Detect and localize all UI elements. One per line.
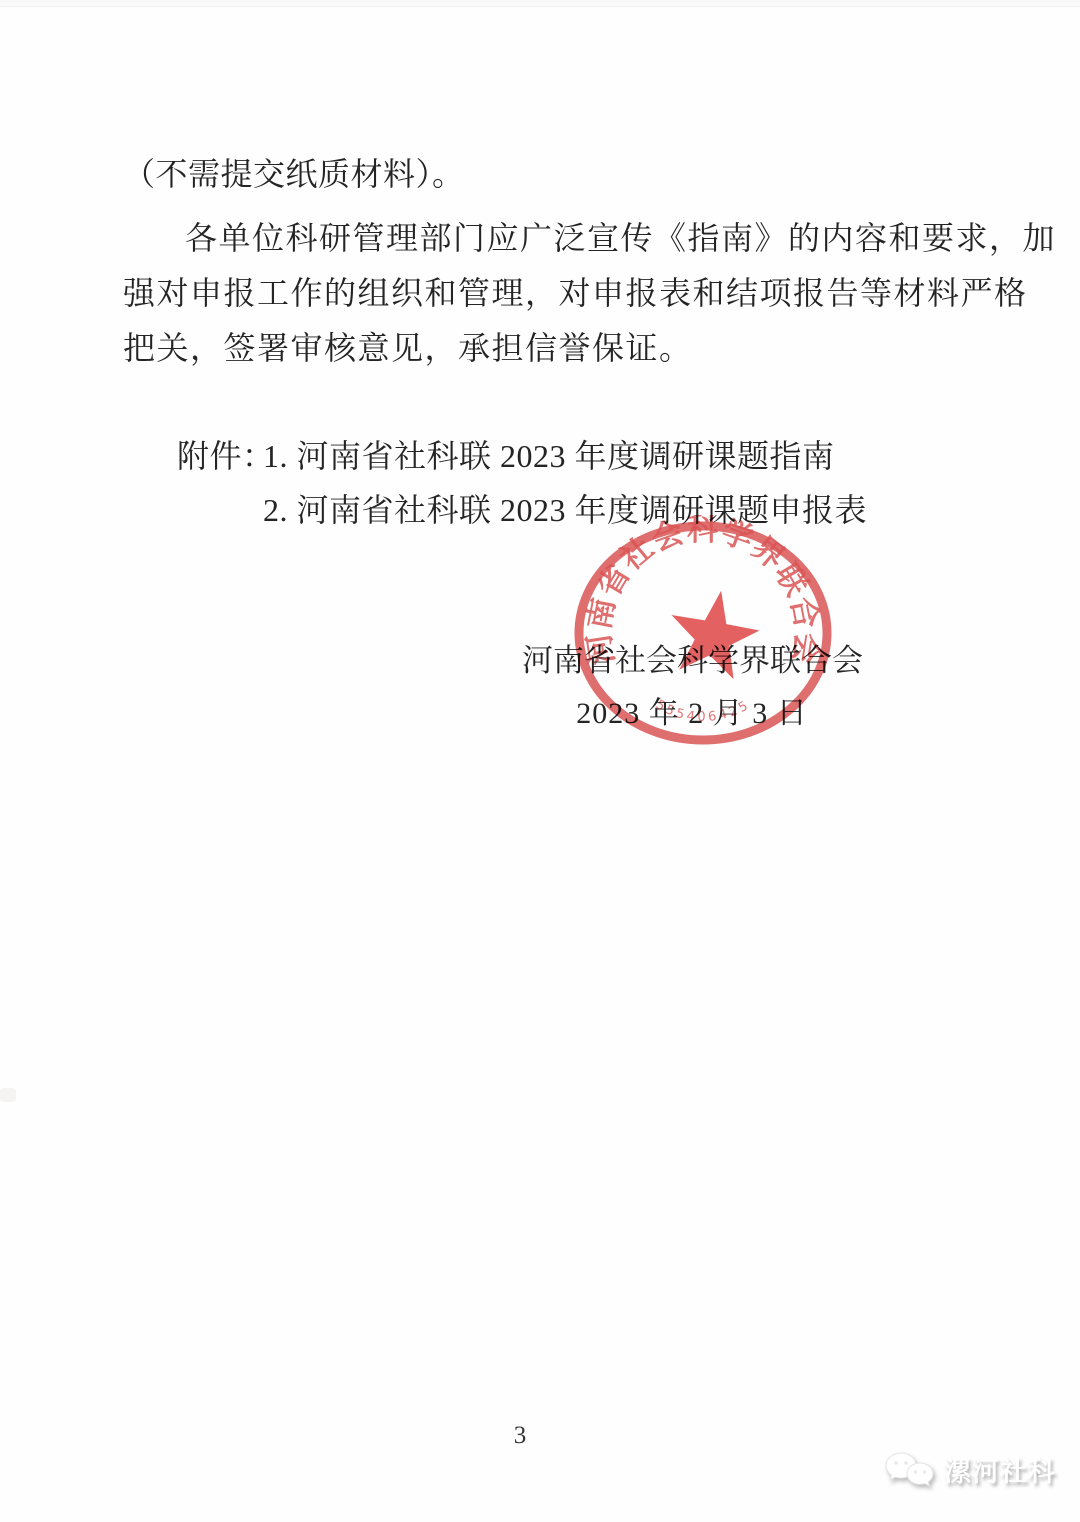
attachments-label: 附件： <box>177 431 275 477</box>
attachment-item: 1. 河南省社科联 2023 年度调研课题指南 <box>263 431 835 477</box>
document-page: （不需提交纸质材料）。 各单位科研管理部门应广泛宣传《指南》的内容和要求，加 强… <box>0 0 1080 1522</box>
scan-top-edge <box>0 0 1080 7</box>
official-seal: 河南省社会科学界联合会 555406425 <box>565 515 841 755</box>
paragraph-line: 各单位科研管理部门应广泛宣传《指南》的内容和要求，加 <box>185 213 1056 259</box>
paragraph-line: 强对申报工作的组织和管理，对申报表和结项报告等材料严格 <box>123 268 1028 314</box>
wechat-icon <box>884 1451 936 1489</box>
paragraph-line: 把关，签署审核意见，承担信誉保证。 <box>123 323 693 369</box>
scan-smudge <box>0 1088 16 1102</box>
paragraph-continuation-line: （不需提交纸质材料）。 <box>123 149 465 195</box>
watermark: 漯河社科 <box>884 1450 1056 1489</box>
seal-star-icon <box>662 583 765 682</box>
watermark-text: 漯河社科 <box>944 1450 1056 1489</box>
seal-code-digits: 555406425 <box>653 697 753 725</box>
page-number: 3 <box>490 1422 550 1450</box>
